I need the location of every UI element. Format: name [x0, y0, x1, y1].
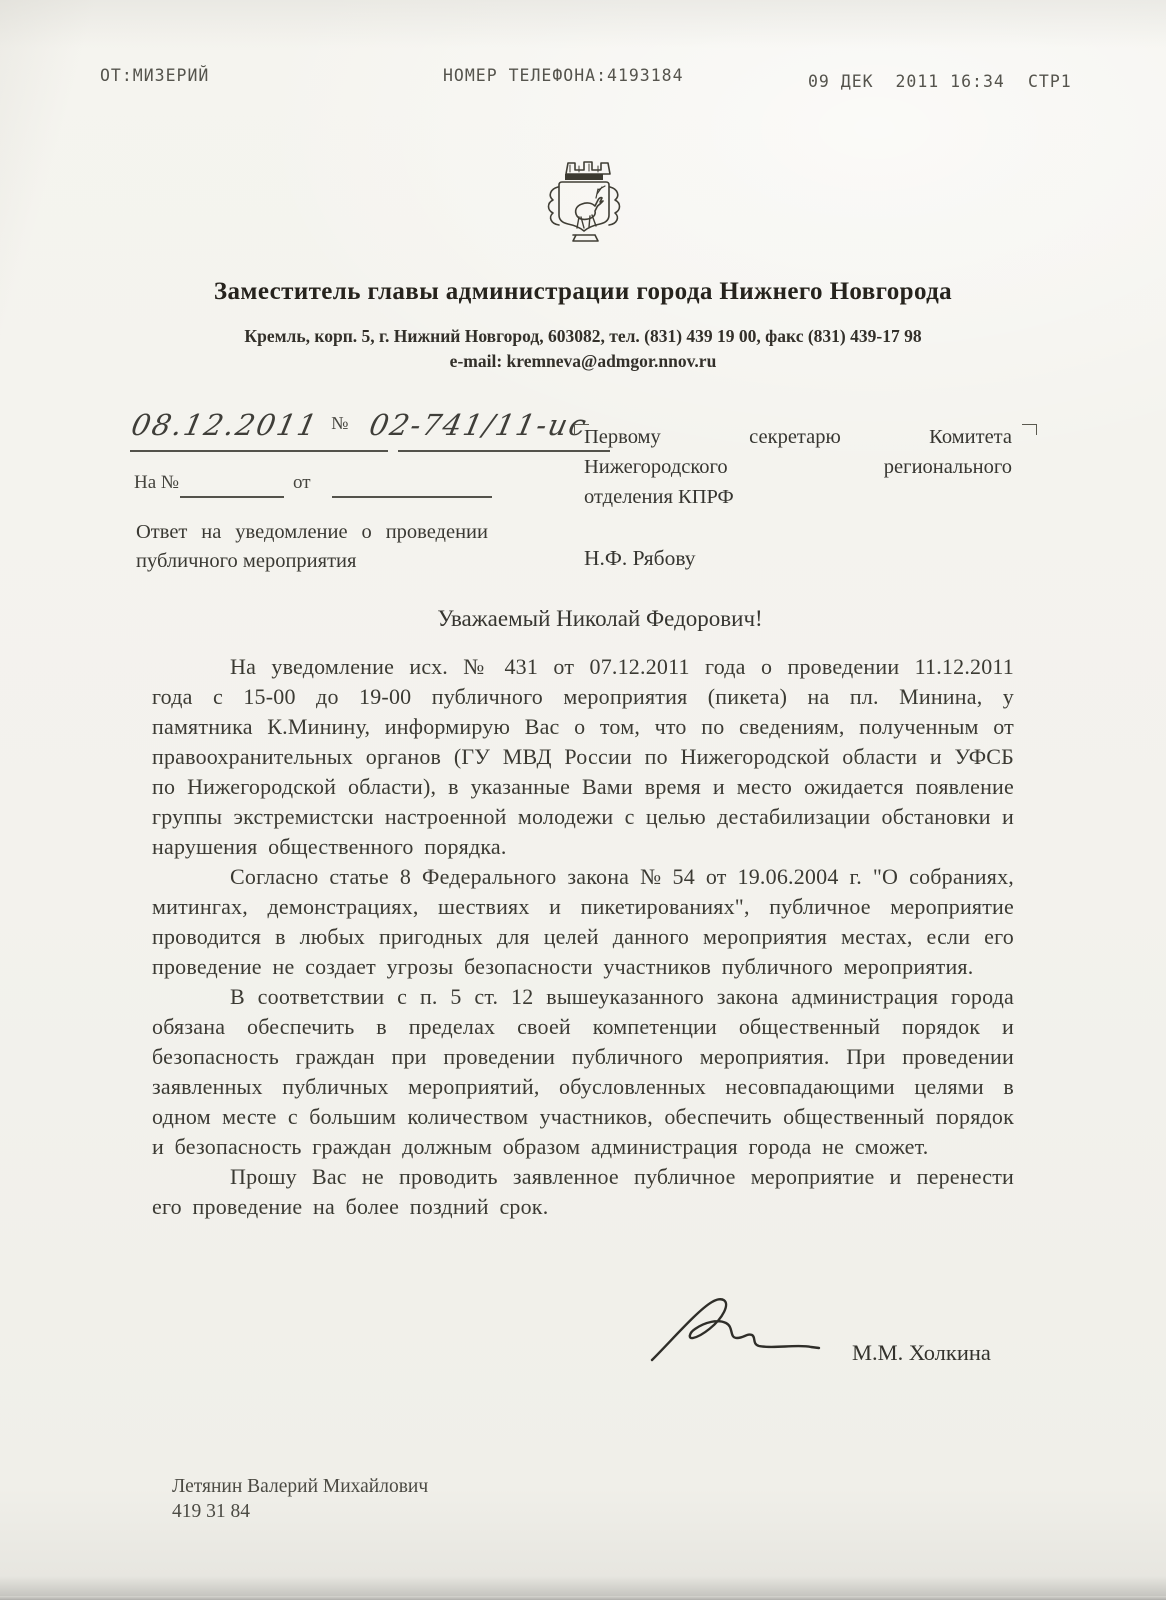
subject-line-2: публичного мероприятия	[136, 547, 488, 576]
paragraph-1: На уведомление исх. № 431 от 07.12.2011 …	[152, 652, 1014, 862]
paragraph-3: В соответствии с п. 5 ст. 12 вышеуказанн…	[152, 982, 1014, 1162]
handwritten-signature	[646, 1292, 836, 1370]
letterhead-title: Заместитель главы администрации города Н…	[0, 278, 1166, 306]
fax-page-number: СТР1	[1028, 72, 1072, 91]
fax-phone-number: НОМЕР ТЕЛЕФОНА:4193184	[443, 66, 684, 85]
reply-to-label: На №	[134, 472, 179, 494]
reply-number-blank	[180, 496, 284, 498]
paragraph-2: Согласно статье 8 Федерального закона № …	[152, 862, 1014, 982]
recipient-name: Н.Ф. Рябову	[584, 546, 696, 571]
recipient-line-2: Нижегородского регионального	[584, 452, 1012, 482]
signer-name: М.М. Холкина	[852, 1340, 991, 1366]
reference-line: 08.12.2011 № 02-741/11-ис	[132, 408, 587, 443]
letterhead-email: e-mail: kremneva@admgor.nnov.ru	[0, 351, 1166, 372]
executor-name: Летянин Валерий Михайлович	[172, 1474, 428, 1499]
reply-from-label: от	[293, 472, 311, 494]
subject: Ответ на уведомление о проведении публич…	[136, 518, 488, 576]
number-underline	[398, 450, 610, 452]
fax-datetime: 09 ДЕК 2011 16:34	[808, 72, 1005, 91]
coat-of-arms-deer-icon	[536, 150, 632, 264]
reply-date-blank	[332, 496, 492, 498]
recipient-block: Первому секретарю Комитета Нижегородског…	[584, 422, 1012, 512]
recipient-line-1: Первому секретарю Комитета	[584, 422, 1012, 452]
handwritten-date: 08.12.2011	[128, 408, 321, 442]
scan-edge	[0, 1596, 1166, 1600]
letter-body: На уведомление исх. № 431 от 07.12.2011 …	[152, 652, 1014, 1222]
salutation: Уважаемый Николай Федорович!	[156, 606, 1016, 632]
recipient-line-3: отделения КПРФ	[584, 482, 1012, 512]
paragraph-4: Прошу Вас не проводить заявленное публич…	[152, 1162, 1014, 1222]
subject-line-1: Ответ на уведомление о проведении	[136, 518, 488, 547]
address-corner-mark-right	[1022, 424, 1037, 435]
handwritten-number: 02-741/11-ис	[366, 408, 591, 442]
letterhead-address: Кремль, корп. 5, г. Нижний Новгород, 603…	[0, 326, 1166, 347]
scanned-fax-letter: ОТ:МИЗЕРИЙ НОМЕР ТЕЛЕФОНА:4193184 09 ДЕК…	[0, 0, 1166, 1600]
executor-phone: 419 31 84	[172, 1499, 428, 1524]
date-underline	[130, 450, 388, 452]
fax-sender: ОТ:МИЗЕРИЙ	[100, 66, 209, 85]
executor-block: Летянин Валерий Михайлович 419 31 84	[172, 1474, 428, 1524]
number-sign: №	[331, 413, 348, 433]
